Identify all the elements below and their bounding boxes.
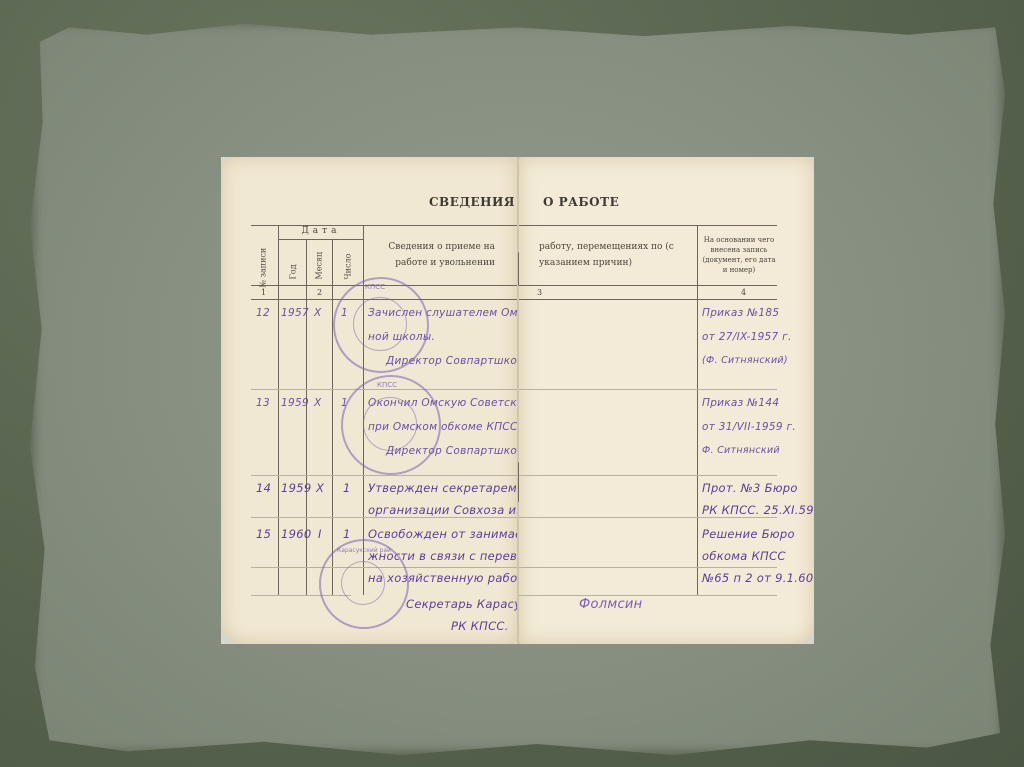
record-14-year: 1959: [281, 481, 311, 495]
left-page: СВЕДЕНИЯ Дата № записи Год Месяц Число С…: [221, 157, 517, 644]
record-13-month: X: [314, 397, 322, 409]
party-stamp-1: КПСС: [333, 277, 429, 373]
record-14-basis-2: РК КПСС. 25.XI.59: [702, 503, 814, 517]
signature-scribble: Фолмсин: [579, 597, 642, 612]
record-12-basis-2: от 27/IX-1957 г.: [702, 331, 792, 343]
col-divider: [278, 225, 279, 595]
header-day: Число: [344, 240, 353, 280]
header-year: Год: [289, 240, 298, 280]
col-divider: [306, 239, 307, 595]
record-13-basis-1: Приказ №144: [702, 397, 779, 409]
colnum-3: 3: [537, 288, 542, 297]
record-14-month: X: [316, 481, 324, 495]
footer-signature-line-2: РК КПСС.: [451, 619, 509, 633]
work-record-book-scan: СВЕДЕНИЯ Дата № записи Год Месяц Число С…: [221, 157, 814, 644]
record-15-basis-2: обкома КПСС: [702, 549, 786, 563]
record-12-basis-1: Приказ №185: [702, 307, 779, 319]
header-bottom-rule: [519, 285, 777, 286]
record-13-basis-2: от 31/VII-1959 г.: [702, 421, 796, 433]
table-top-rule: [519, 225, 777, 226]
record-15-day: 1: [343, 527, 351, 541]
header-info-left: Сведения о приеме на работе и увольнении: [369, 239, 495, 271]
record-12-year: 1957: [281, 307, 309, 319]
record-14-num: 14: [256, 481, 271, 495]
record-15-year: 1960: [281, 527, 311, 541]
record-12-num: 12: [256, 307, 270, 319]
record-13-num: 13: [256, 397, 270, 409]
colnum-bottom-rule: [519, 299, 777, 300]
header-num: № записи: [259, 232, 268, 288]
komsomol-stamp: Карасукский районный комитет Ленинского …: [319, 539, 409, 629]
row-rule: [519, 595, 777, 596]
header-month: Месяц: [315, 240, 324, 280]
row-rule: [519, 567, 777, 568]
header-info-right: работу, перемещениях по (с указанием при…: [539, 239, 689, 271]
colnum-1: 1: [261, 288, 266, 297]
record-15-num: 15: [256, 527, 271, 541]
header-date: Дата: [281, 223, 361, 239]
right-page: О РАБОТЕ работу, перемещениях по (с указ…: [519, 157, 814, 644]
record-15-basis-1: Решение Бюро: [702, 527, 795, 541]
colnum-4: 4: [741, 288, 746, 297]
record-14-day: 1: [343, 481, 351, 495]
row-rule: [519, 389, 777, 390]
row-rule: [519, 475, 777, 476]
row-rule: [251, 475, 517, 476]
party-stamp-2: КПСС: [341, 375, 441, 475]
row-rule: [519, 517, 777, 518]
record-14-basis-1: Прот. №3 Бюро: [702, 481, 798, 495]
header-basis: На основании чего внесена запись (докуме…: [701, 235, 777, 275]
record-15-month: I: [318, 527, 322, 541]
row-rule: [251, 517, 517, 518]
col-divider: [697, 225, 698, 595]
record-13-year: 1959: [281, 397, 309, 409]
record-13-basis-3: Ф. Ситнянский: [702, 445, 780, 456]
record-15-basis-3: №65 п 2 от 9.1.60: [702, 571, 813, 585]
record-12-month: X: [314, 307, 322, 319]
record-12-basis-3: (Ф. Ситнянский): [702, 355, 788, 366]
col-divider: [332, 239, 333, 595]
title-svedeniya: СВЕДЕНИЯ: [429, 195, 515, 209]
colnum-2: 2: [317, 288, 322, 297]
title-o-rabote: О РАБОТЕ: [543, 195, 619, 209]
